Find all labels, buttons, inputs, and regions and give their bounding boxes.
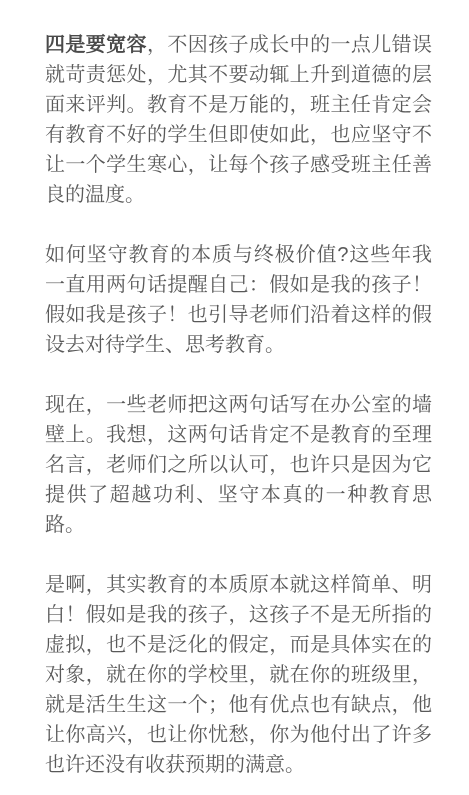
paragraph-tolerance: 四是要宽容，不因孩子成长中的一点儿错误就苛责惩处，尤其不要动辄上升到道德的层面来… (45, 30, 432, 210)
paragraph-concrete-child: 是啊，其实教育的本质原本就这样简单、明白！假如是我的孩子，这孩子不是无所指的虚拟… (45, 570, 432, 780)
paragraph-essence-question: 如何坚守教育的本质与终极价值?这些年我一直用两句话提醒自己：假如是我的孩子！假如… (45, 240, 432, 360)
article-page: 四是要宽容，不因孩子成长中的一点儿错误就苛责惩处，尤其不要动辄上升到道德的层面来… (0, 0, 469, 795)
paragraph-office-wall: 现在，一些老师把这两句话写在办公室的墙壁上。我想，这两句话肯定不是教育的至理名言… (45, 390, 432, 540)
paragraph-body: ，不因孩子成长中的一点儿错误就苛责惩处，尤其不要动辄上升到道德的层面来评判。教育… (45, 34, 432, 206)
paragraph-lead-bold: 四是要宽容 (45, 34, 147, 56)
